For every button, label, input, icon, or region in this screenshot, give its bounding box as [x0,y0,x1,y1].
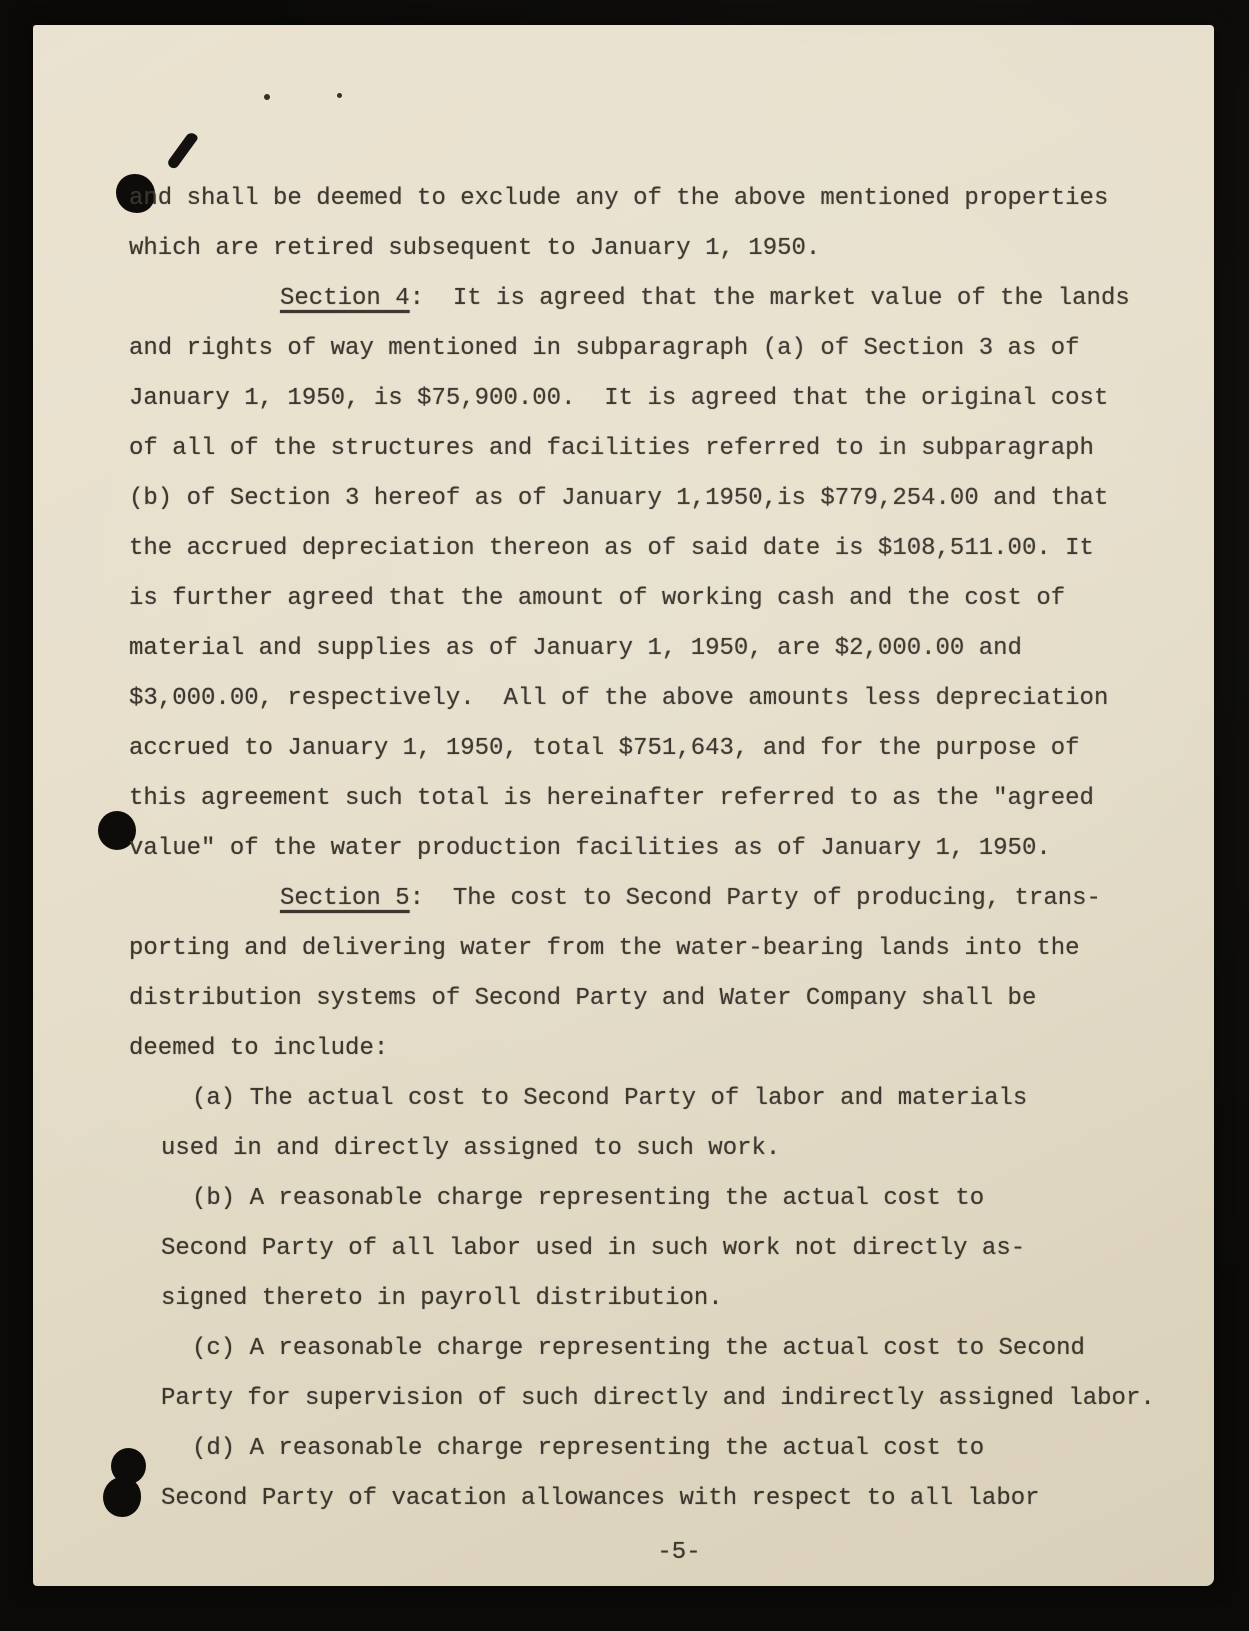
ink-speck [264,94,270,100]
text-line-content: : The cost to Second Party of producing,… [410,885,1101,912]
ink-mark [166,131,199,171]
text-line: Section 4: It is agreed that the market … [129,274,1155,324]
text-line: (b) of Section 3 hereof as of January 1,… [129,474,1155,524]
text-line: deemed to include: [129,1024,1155,1074]
text-line: accrued to January 1, 1950, total $751,6… [129,724,1155,774]
text-line-content: January 1, 1950, is $75,900.00. It is ag… [129,385,1108,412]
text-line: used in and directly assigned to such wo… [129,1124,1155,1174]
text-line-content: (a) The actual cost to Second Party of l… [192,1085,1027,1112]
text-line-content: (b) A reasonable charge representing the… [192,1185,984,1212]
text-line: which are retired subsequent to January … [129,224,1155,274]
text-line-content: signed thereto in payroll distribution. [161,1285,723,1312]
text-line: signed thereto in payroll distribution. [129,1274,1155,1324]
text-line-content: Party for supervision of such directly a… [161,1385,1155,1412]
section-heading: Section 5 [280,885,410,912]
text-line: the accrued depreciation thereon as of s… [129,524,1155,574]
text-line: this agreement such total is hereinafter… [129,774,1155,824]
text-line-content: Second Party of all labor used in such w… [161,1235,1025,1262]
text-line-content: : It is agreed that the market value of … [410,285,1130,312]
page-number: -5- [129,1528,1229,1578]
text-line-content: is further agreed that the amount of wor… [129,585,1065,612]
text-line: and shall be deemed to exclude any of th… [129,174,1155,224]
section-heading: Section 4 [280,285,410,312]
text-line-content: and rights of way mentioned in subparagr… [129,335,1080,362]
text-line: Section 5: The cost to Second Party of p… [129,874,1155,924]
text-line: $3,000.00, respectively. All of the abov… [129,674,1155,724]
text-line: (a) The actual cost to Second Party of l… [129,1074,1155,1124]
text-line: Second Party of all labor used in such w… [129,1224,1155,1274]
text-line: Second Party of vacation allowances with… [129,1474,1155,1524]
text-line: is further agreed that the amount of wor… [129,574,1155,624]
text-line: porting and delivering water from the wa… [129,924,1155,974]
text-line-content: deemed to include: [129,1035,388,1062]
text-line-content: (c) A reasonable charge representing the… [192,1335,1085,1362]
text-line: distribution systems of Second Party and… [129,974,1155,1024]
text-line-content: distribution systems of Second Party and… [129,985,1036,1012]
text-line-content: material and supplies as of January 1, 1… [129,635,1022,662]
ink-speck [337,93,342,98]
text-line: material and supplies as of January 1, 1… [129,624,1155,674]
text-line-content: this agreement such total is hereinafter… [129,785,1094,812]
text-line-content: the accrued depreciation thereon as of s… [129,535,1094,562]
text-line-content: porting and delivering water from the wa… [129,935,1080,962]
text-line: Party for supervision of such directly a… [129,1374,1155,1424]
text-line-content: of all of the structures and facilities … [129,435,1094,462]
text-line: (d) A reasonable charge representing the… [129,1424,1155,1474]
text-line-content: $3,000.00, respectively. All of the abov… [129,685,1108,712]
text-line-content: (d) A reasonable charge representing the… [192,1435,984,1462]
text-line-content: accrued to January 1, 1950, total $751,6… [129,735,1080,762]
text-line-content: Second Party of vacation allowances with… [161,1485,1040,1512]
document-body: and shall be deemed to exclude any of th… [129,174,1155,1524]
text-line: value" of the water production facilitie… [129,824,1155,874]
text-line-content: used in and directly assigned to such wo… [161,1135,780,1162]
scanned-page: and shall be deemed to exclude any of th… [0,0,1249,1631]
text-line: (c) A reasonable charge representing the… [129,1324,1155,1374]
text-line-content: value" of the water production facilitie… [129,835,1051,862]
text-line: January 1, 1950, is $75,900.00. It is ag… [129,374,1155,424]
text-line: of all of the structures and facilities … [129,424,1155,474]
text-line-content: and shall be deemed to exclude any of th… [129,185,1108,212]
text-line-content: (b) of Section 3 hereof as of January 1,… [129,485,1108,512]
text-line: (b) A reasonable charge representing the… [129,1174,1155,1224]
text-line: and rights of way mentioned in subparagr… [129,324,1155,374]
text-line-content: which are retired subsequent to January … [129,235,820,262]
